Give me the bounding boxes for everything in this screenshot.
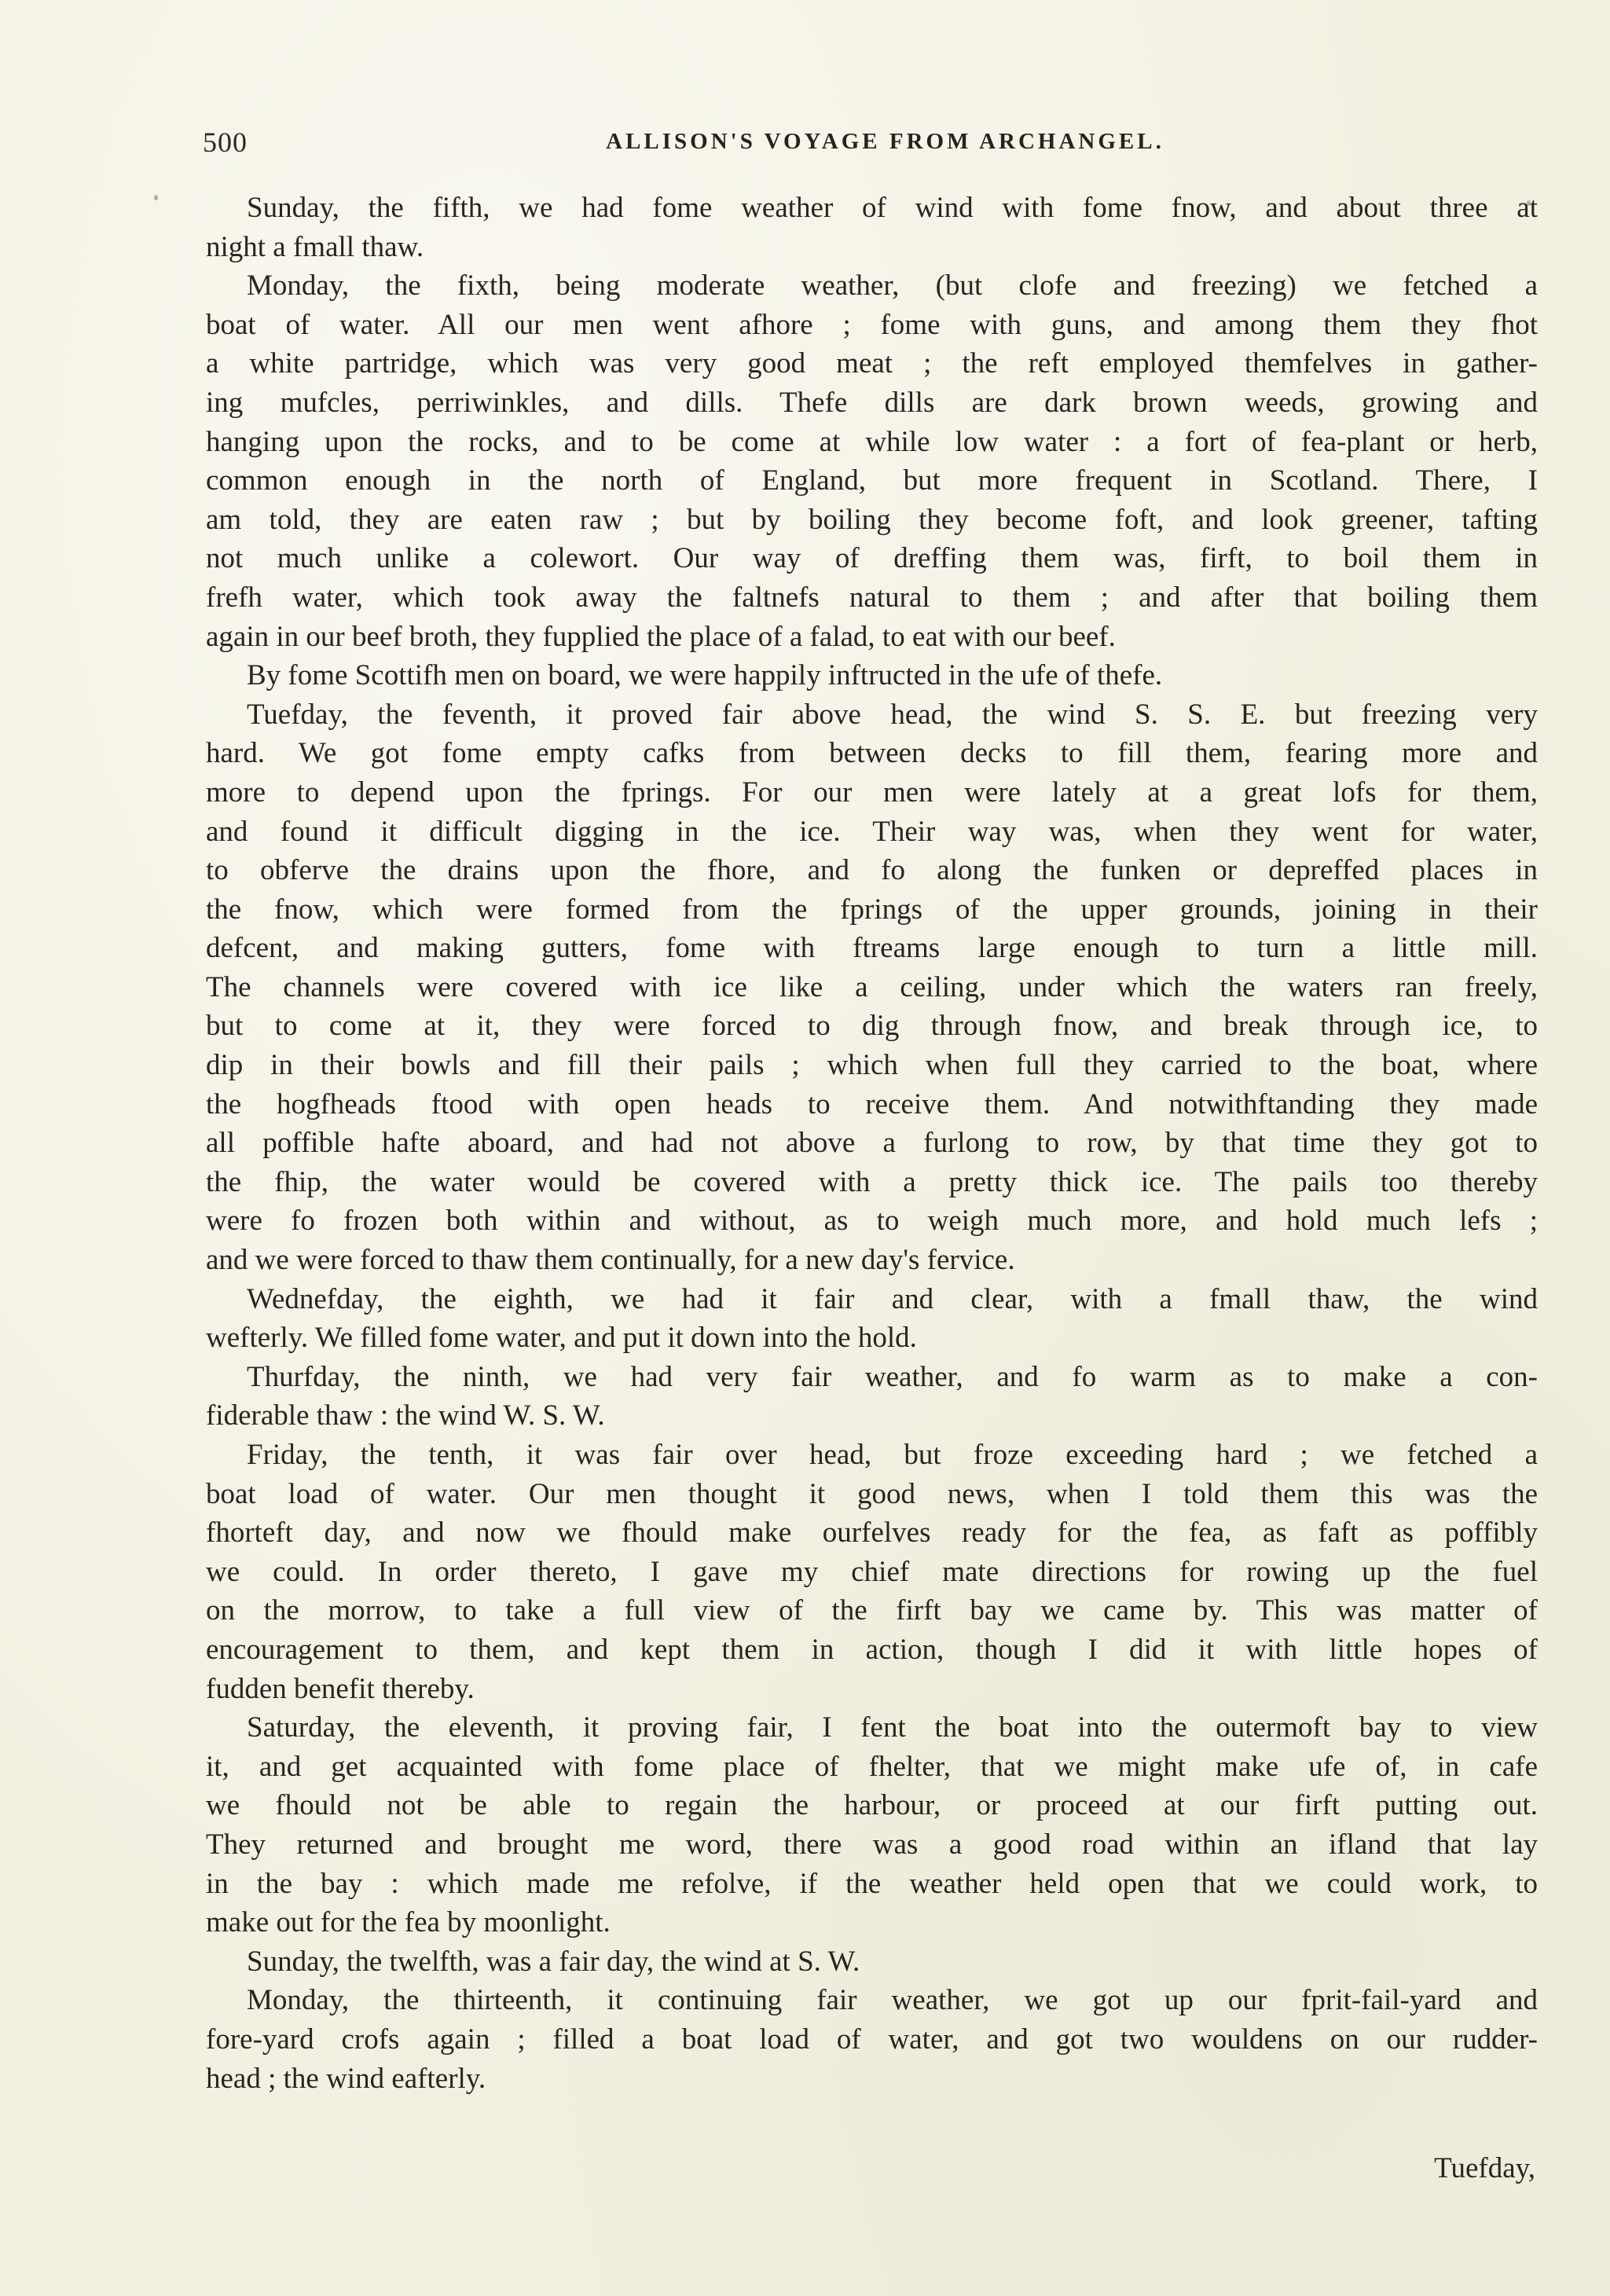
text-line: but to come at it, they were forced to d…: [206, 1007, 1538, 1046]
text-line: were fo frozen both within and without, …: [206, 1201, 1538, 1241]
text-line: common enough in the north of England, b…: [206, 461, 1538, 501]
text-line: we fhould not be able to regain the harb…: [206, 1786, 1538, 1825]
catchword: Tuefday,: [1434, 2151, 1535, 2185]
text-line: Wednefday, the eighth, we had it fair an…: [206, 1280, 1538, 1319]
text-line: fudden benefit thereby.: [206, 1670, 1538, 1709]
text-line: boat load of water. Our men thought it g…: [206, 1475, 1538, 1514]
text-line: Tuefday, the feventh, it proved fair abo…: [206, 695, 1538, 735]
running-head: 500 ALLISON'S VOYAGE FROM ARCHANGEL.: [203, 126, 1536, 165]
text-line: we could. In order thereto, I gave my ch…: [206, 1553, 1538, 1592]
text-line: to obferve the drains upon the fhore, an…: [206, 851, 1538, 890]
text-line: encouragement to them, and kept them in …: [206, 1630, 1538, 1670]
text-line: it, and get acquainted with fome place o…: [206, 1748, 1538, 1787]
text-line: all poffible hafte aboard, and had not a…: [206, 1124, 1538, 1163]
text-line: night a fmall thaw.: [206, 228, 1538, 267]
text-line: make out for the fea by moonlight.: [206, 1903, 1538, 1942]
text-line: frefh water, which took away the faltnef…: [206, 578, 1538, 618]
text-line: the fnow, which were formed from the fpr…: [206, 890, 1538, 930]
text-line: again in our beef broth, they fupplied t…: [206, 618, 1538, 657]
text-line: and found it difficult digging in the ic…: [206, 812, 1538, 852]
text-line: hanging upon the rocks, and to be come a…: [206, 423, 1538, 462]
text-line: defcent, and making gutters, fome with f…: [206, 929, 1538, 968]
text-line: the hogfheads ftood with open heads to r…: [206, 1085, 1538, 1124]
book-page: 500 ALLISON'S VOYAGE FROM ARCHANGEL. Sun…: [0, 0, 1610, 2296]
text-line: head ; the wind eafterly.: [206, 2059, 1538, 2099]
text-line: Monday, the thirteenth, it continuing fa…: [206, 1981, 1538, 2020]
text-line: hard. We got fome empty cafks from betwe…: [206, 734, 1538, 773]
text-line: Monday, the fixth, being moderate weathe…: [206, 266, 1538, 306]
text-line: Thurfday, the ninth, we had very fair we…: [206, 1358, 1538, 1397]
text-line: Sunday, the twelfth, was a fair day, the…: [206, 1942, 1538, 1982]
text-line: dip in their bowls and fill their pails …: [206, 1046, 1538, 1085]
text-line: not much unlike a colewort. Our way of d…: [206, 539, 1538, 578]
text-line: fiderable thaw : the wind W. S. W.: [206, 1396, 1538, 1436]
text-line: wefterly. We filled fome water, and put …: [206, 1319, 1538, 1358]
text-line: on the morrow, to take a full view of th…: [206, 1591, 1538, 1630]
text-line: Saturday, the eleventh, it proving fair,…: [206, 1708, 1538, 1748]
running-title: ALLISON'S VOYAGE FROM ARCHANGEL.: [203, 129, 1536, 155]
text-line: more to depend upon the fprings. For our…: [206, 773, 1538, 812]
text-line: Sunday, the fifth, we had fome weather o…: [206, 189, 1538, 228]
text-line: By fome Scottifh men on board, we were h…: [206, 656, 1538, 695]
paper-speck: [154, 195, 158, 200]
text-line: Friday, the tenth, it was fair over head…: [206, 1436, 1538, 1475]
text-line: a white partridge, which was very good m…: [206, 344, 1538, 383]
text-line: and we were forced to thaw them continua…: [206, 1241, 1538, 1280]
text-line: The channels were covered with ice like …: [206, 968, 1538, 1007]
text-line: fore-yard crofs again ; filled a boat lo…: [206, 2020, 1538, 2059]
body-text: Sunday, the fifth, we had fome weather o…: [206, 189, 1538, 2098]
text-line: boat of water. All our men went afhore ;…: [206, 306, 1538, 345]
text-line: ing mufcles, perriwinkles, and dills. Th…: [206, 383, 1538, 423]
text-line: in the bay : which made me refolve, if t…: [206, 1865, 1538, 1904]
paper-speck: [1527, 200, 1531, 206]
text-line: fhorteft day, and now we fhould make our…: [206, 1513, 1538, 1553]
text-line: the fhip, the water would be covered wit…: [206, 1163, 1538, 1202]
text-line: They returned and brought me word, there…: [206, 1825, 1538, 1865]
text-line: am told, they are eaten raw ; but by boi…: [206, 501, 1538, 540]
